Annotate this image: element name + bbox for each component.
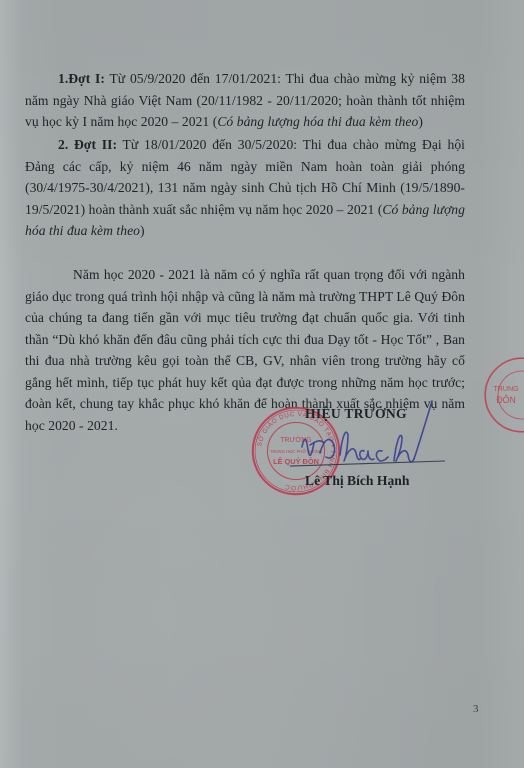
page-number: 3 (473, 703, 479, 715)
section-2-paragraph: 2. Đợt II: Từ 18/01/2020 đến 30/5/2020: … (25, 134, 465, 242)
partial-stamp-line-1: TRUNG (493, 384, 519, 393)
section-2-label: 2. Đợt II: (58, 137, 117, 152)
partial-stamp-line-2: ĐÔN (496, 395, 516, 405)
section-2-close: ) (140, 223, 145, 238)
section-1-close: ) (418, 114, 423, 129)
partial-stamp-icon: TRUNG ĐÔN (482, 355, 524, 435)
section-1-note: Có bảng lượng hóa thi đua kèm theo (217, 114, 418, 129)
section-1-paragraph: 1.Đợt I: Từ 05/9/2020 đến 17/01/2021: Th… (25, 68, 465, 133)
signer-name: Lê Thị Bích Hạnh (305, 473, 409, 489)
section-1-label: 1.Đợt I: (58, 71, 105, 86)
document-page: 1.Đợt I: Từ 05/9/2020 đến 17/01/2021: Th… (0, 0, 524, 768)
